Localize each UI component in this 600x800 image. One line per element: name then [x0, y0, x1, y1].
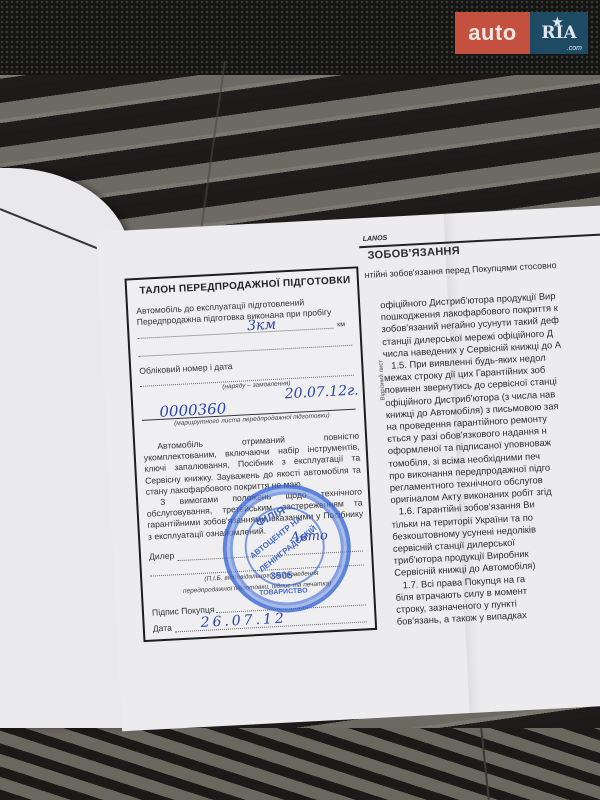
route-date-handwritten: 20.07.12г. — [284, 382, 359, 402]
obligations-page: LANOS ЗОБОВ'ЯЗАННЯ нтійні зобов'язання п… — [363, 222, 600, 236]
km-unit: км — [337, 321, 345, 328]
obligations-body: офіційного Дистриб'ютора продукції Вирпо… — [380, 286, 600, 628]
stamp-code: 3505 — [270, 570, 293, 582]
date-label: Дата — [153, 623, 173, 634]
mileage-field — [138, 328, 334, 339]
stamp-ring-text: ТОВАРИСТВО — [259, 587, 308, 597]
star-icon: ★ — [552, 15, 563, 29]
coupon-title: ТАЛОН ПЕРЕДПРОДАЖНОЇ ПІДГОТОВКИ — [135, 275, 355, 297]
watermark-auto: auto — [455, 12, 530, 54]
model-header: LANOS — [363, 235, 388, 243]
obligations-intro: нтійні зобов'язання перед Покупцями стос… — [364, 260, 556, 280]
seat-cushion-fabric — [0, 728, 600, 800]
dealer-label: Дилер — [149, 550, 175, 561]
watermark-com: .com — [567, 45, 582, 52]
date-handwritten: 26.07.12 — [200, 611, 287, 631]
service-book-page: ТАЛОН ПЕРЕДПРОДАЖНОЇ ПІДГОТОВКИ Автомобі… — [96, 205, 600, 732]
mileage-handwritten: 3км — [247, 317, 277, 334]
registration-label: Обліковий номер і дата — [139, 361, 233, 376]
watermark-ria: ★ RIA .com — [530, 12, 588, 54]
pre-sale-coupon: ТАЛОН ПЕРЕДПРОДАЖНОЇ ПІДГОТОВКИ Автомобі… — [124, 266, 377, 642]
blank-line — [139, 345, 353, 357]
autoria-watermark: auto ★ RIA .com — [455, 12, 588, 54]
header-rule — [359, 232, 600, 248]
